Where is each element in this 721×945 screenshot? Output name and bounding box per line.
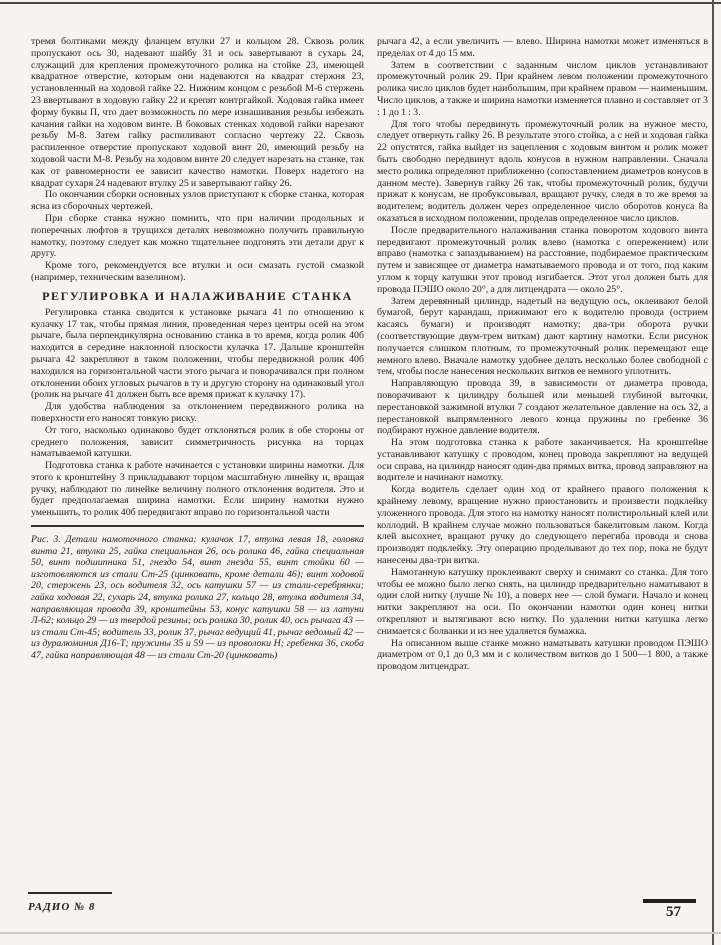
body-paragraph: От того, насколько одинаково будет откло… xyxy=(31,425,364,460)
body-paragraph: Для того чтобы передвинуть промежуточный… xyxy=(377,119,708,225)
figure-caption: Рис. 3. Детали намоточного станка: кулач… xyxy=(31,534,364,662)
page-number-bar xyxy=(643,899,696,903)
body-paragraph: тремя болтиками между фланцем втулки 27 … xyxy=(31,36,364,189)
section-heading: РЕГУЛИРОВКА И НАЛАЖИВАНИЕ СТАНКА xyxy=(31,289,364,303)
journal-name: РАДИО № 8 xyxy=(28,901,95,913)
body-paragraph: рычага 42, а если увеличить — влево. Шир… xyxy=(377,36,708,60)
body-paragraph: При сборке станка нужно помнить, что при… xyxy=(31,213,364,260)
body-paragraph: На описанном выше станке можно наматыват… xyxy=(377,638,708,673)
scanned-page: тремя болтиками между фланцем втулки 27 … xyxy=(0,0,721,945)
body-paragraph: Когда водитель сделает один ход от крайн… xyxy=(377,484,708,567)
scan-edge-bottom xyxy=(0,932,721,934)
body-paragraph: На этом подготовка станка к работе закан… xyxy=(377,437,708,484)
body-paragraph: Регулировка станка сводится к установке … xyxy=(31,307,364,401)
body-paragraph: По окончании сборки основных узлов прист… xyxy=(31,189,364,213)
body-paragraph: Затем деревянный цилиндр, надетый на вед… xyxy=(377,296,708,379)
caption-divider xyxy=(31,525,364,527)
left-column: тремя болтиками между фланцем втулки 27 … xyxy=(31,36,364,896)
right-column: рычага 42, а если увеличить — влево. Шир… xyxy=(377,36,708,896)
body-paragraph: Подготовка станка к работе начинается с … xyxy=(31,460,364,519)
body-paragraph: Намотанную катушку проклеивают сверху и … xyxy=(377,567,708,638)
body-paragraph: Затем в соответствии с заданным числом ц… xyxy=(377,60,708,119)
scan-edge-right xyxy=(712,0,714,945)
body-paragraph: Для удобства наблюдения за отклонением п… xyxy=(31,401,364,425)
body-paragraph: Кроме того, рекомендуется все втулки и о… xyxy=(31,260,364,284)
journal-footer: РАДИО № 8 xyxy=(28,892,258,915)
body-paragraph: После предварительного налаживания станк… xyxy=(377,225,708,296)
footer-rule xyxy=(28,892,112,894)
scan-edge-top xyxy=(0,2,721,4)
page-number: 57 xyxy=(666,904,681,921)
body-paragraph: Направляющую провода 39, в зависимости о… xyxy=(377,378,708,437)
